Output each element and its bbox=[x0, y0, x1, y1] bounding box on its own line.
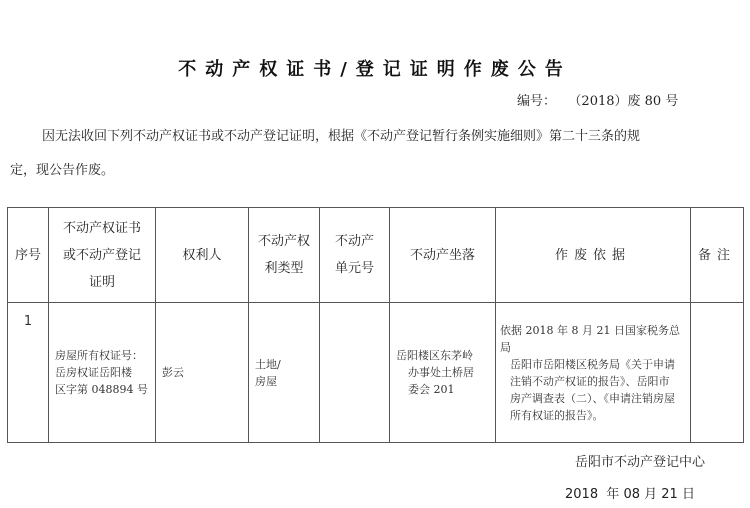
header-certificate: 不动产权证书 或不动产登记 证明 bbox=[49, 208, 156, 303]
document-number: 编号： （2018）废 80 号 bbox=[517, 90, 678, 109]
document-number-label: 编号： bbox=[517, 94, 556, 109]
header-unit-number-line-2: 单元号 bbox=[335, 261, 374, 276]
header-certificate-line-1: 不动产权证书 bbox=[63, 221, 141, 236]
row-location: 岳阳楼区东茅岭 办事处土桥居 委会 201 bbox=[390, 303, 496, 443]
notice-title: 不动产权证书/登记证明作废公告 bbox=[0, 55, 750, 81]
header-location: 不动产坐落 bbox=[390, 208, 496, 303]
document-number-value: （2018）废 80 号 bbox=[568, 94, 678, 109]
paragraph-line-2: 定，现公告作废。 bbox=[10, 163, 114, 178]
row-right-type-line-1: 土地/ bbox=[255, 358, 281, 371]
table-header-row: 序号 不动产权证书 或不动产登记 证明 权利人 不动产权 利类型 不动产 单元号… bbox=[8, 208, 744, 303]
row-basis-line-1: 依据 2018 年 8 月 21 日国家税务总局 bbox=[500, 324, 680, 354]
row-unit-number bbox=[320, 303, 390, 443]
header-certificate-line-3: 证明 bbox=[89, 275, 115, 290]
header-holder: 权利人 bbox=[156, 208, 249, 303]
row-location-line-2: 办事处土桥居 bbox=[396, 364, 495, 381]
header-right-type-line-2: 利类型 bbox=[264, 261, 303, 276]
row-certificate: 房屋所有权证号： 岳房权证岳阳楼 区字第 048894 号 bbox=[49, 303, 156, 443]
header-basis: 作废依据 bbox=[496, 208, 691, 303]
row-location-line-3: 委会 201 bbox=[396, 381, 495, 398]
paragraph-line-1: 因无法收回下列不动产权证书或不动产登记证明，根据《不动产登记暂行条例实施细则》第… bbox=[42, 129, 640, 144]
row-remarks bbox=[691, 303, 744, 443]
issuing-authority: 岳阳市不动产登记中心 bbox=[575, 451, 705, 470]
row-basis-line-2: 岳阳市岳阳楼区税务局《关于申请 bbox=[500, 356, 686, 373]
row-holder: 彭云 bbox=[156, 303, 249, 443]
row-basis-line-4: 房产调查表（二）、《申请注销房屋 bbox=[500, 390, 686, 407]
header-remarks: 备注 bbox=[691, 208, 744, 303]
issue-date: 2018 年 08 月 21 日 bbox=[565, 483, 695, 502]
header-right-type: 不动产权 利类型 bbox=[249, 208, 320, 303]
void-certificates-table: 序号 不动产权证书 或不动产登记 证明 权利人 不动产权 利类型 不动产 单元号… bbox=[7, 207, 744, 443]
notice-paragraph: 因无法收回下列不动产权证书或不动产登记证明，根据《不动产登记暂行条例实施细则》第… bbox=[10, 120, 735, 188]
row-right-type: 土地/ 房屋 bbox=[249, 303, 320, 443]
header-certificate-line-2: 或不动产登记 bbox=[63, 248, 141, 263]
header-unit-number-line-1: 不动产 bbox=[335, 234, 374, 249]
header-unit-number: 不动产 单元号 bbox=[320, 208, 390, 303]
row-certificate-line-3: 区字第 048894 号 bbox=[55, 383, 148, 396]
header-seq: 序号 bbox=[8, 208, 49, 303]
row-right-type-line-2: 房屋 bbox=[255, 375, 277, 388]
row-basis-line-3: 注销不动产权证的报告》、岳阳市 bbox=[500, 373, 686, 390]
row-basis-line-5: 所有权证的报告》。 bbox=[500, 407, 686, 424]
header-right-type-line-1: 不动产权 bbox=[258, 234, 310, 249]
row-location-line-1: 岳阳楼区东茅岭 bbox=[396, 349, 473, 362]
row-seq: 1 bbox=[8, 303, 49, 443]
row-basis: 依据 2018 年 8 月 21 日国家税务总局 岳阳市岳阳楼区税务局《关于申请… bbox=[496, 303, 691, 443]
table-row: 1 房屋所有权证号： 岳房权证岳阳楼 区字第 048894 号 彭云 土地/ 房… bbox=[8, 303, 744, 443]
row-certificate-line-1: 房屋所有权证号： bbox=[55, 349, 143, 362]
row-certificate-line-2: 岳房权证岳阳楼 bbox=[55, 366, 132, 379]
